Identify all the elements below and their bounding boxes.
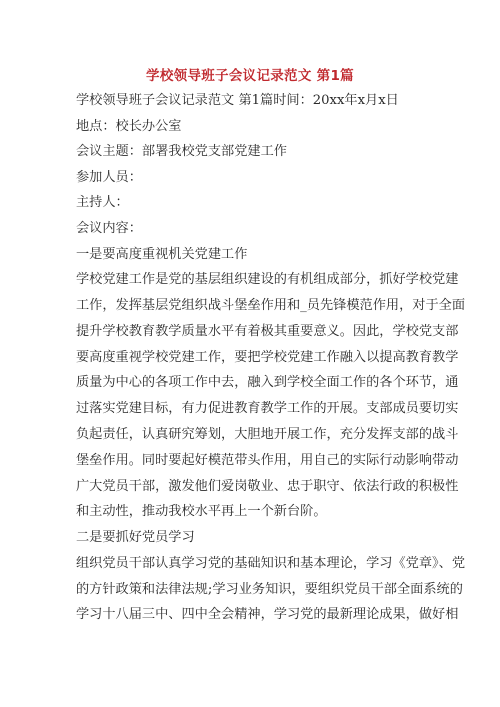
paragraph-line: 质量为中心的各项工作中去，融入到学校全面工作的各个环节，通 — [76, 370, 426, 396]
paragraph-line: 学校党建工作是党的基层组织建设的有机组成部分，抓好学校党建 — [76, 267, 426, 293]
paragraph-line: 工作，发挥基层党组织战斗堡垒作用和_员先锋模范作用，对于全面 — [76, 293, 426, 319]
meeting-time-line: 学校领导班子会议记录范文 第1篇时间：20xx年x月x日 — [76, 88, 426, 114]
paragraph-line: 要高度重视学校党建工作，要把学校党建工作融入以提高教育教学 — [76, 345, 426, 371]
meeting-content-label: 会议内容： — [76, 216, 426, 242]
document-page: 学校领导班子会议记录范文 第1篇 学校领导班子会议记录范文 第1篇时间：20xx… — [0, 0, 500, 707]
paragraph-line: 堡垒作用。同时要起好模范带头作用，用自己的实际行动影响带动 — [76, 448, 426, 474]
paragraph-line: 的方针政策和法律法规;学习业务知识，要组织党员干部全面系统的 — [76, 577, 426, 603]
paragraph-line: 提升学校教育教学质量水平有着极其重要意义。因此，学校党支部 — [76, 319, 426, 345]
paragraph-line: 学习十八届三中、四中全会精神，学习党的最新理论成果，做好相 — [76, 602, 426, 628]
paragraph-line: 和主动性，推动我校水平再上一个新台阶。 — [76, 499, 426, 525]
paragraph-2: 组织党员干部认真学习党的基础知识和基本理论，学习《党章》、党 的方针政策和法律法… — [76, 551, 426, 628]
paragraph-line: 负起责任，认真研究筹划，大胆地开展工作，充分发挥支部的战斗 — [76, 422, 426, 448]
attendees-line: 参加人员： — [76, 165, 426, 191]
paragraph-1: 学校党建工作是党的基层组织建设的有机组成部分，抓好学校党建 工作，发挥基层党组织… — [76, 267, 426, 525]
paragraph-line: 广大党员干部，激发他们爱岗敬业、忠于职守、依法行政的积极性 — [76, 474, 426, 500]
paragraph-line: 过落实党建目标，有力促进教育教学工作的开展。支部成员要切实 — [76, 396, 426, 422]
document-body: 学校领导班子会议记录范文 第1篇时间：20xx年x月x日 地点：校长办公室 会议… — [76, 88, 426, 628]
meeting-location-line: 地点：校长办公室 — [76, 114, 426, 140]
section-heading-2: 二是要抓好党员学习 — [76, 525, 426, 551]
document-title: 学校领导班子会议记录范文 第1篇 — [0, 64, 500, 84]
meeting-topic-line: 会议主题：部署我校党支部党建工作 — [76, 139, 426, 165]
section-heading-1: 一是要高度重视机关党建工作 — [76, 242, 426, 268]
paragraph-line: 组织党员干部认真学习党的基础知识和基本理论，学习《党章》、党 — [76, 551, 426, 577]
host-line: 主持人： — [76, 190, 426, 216]
